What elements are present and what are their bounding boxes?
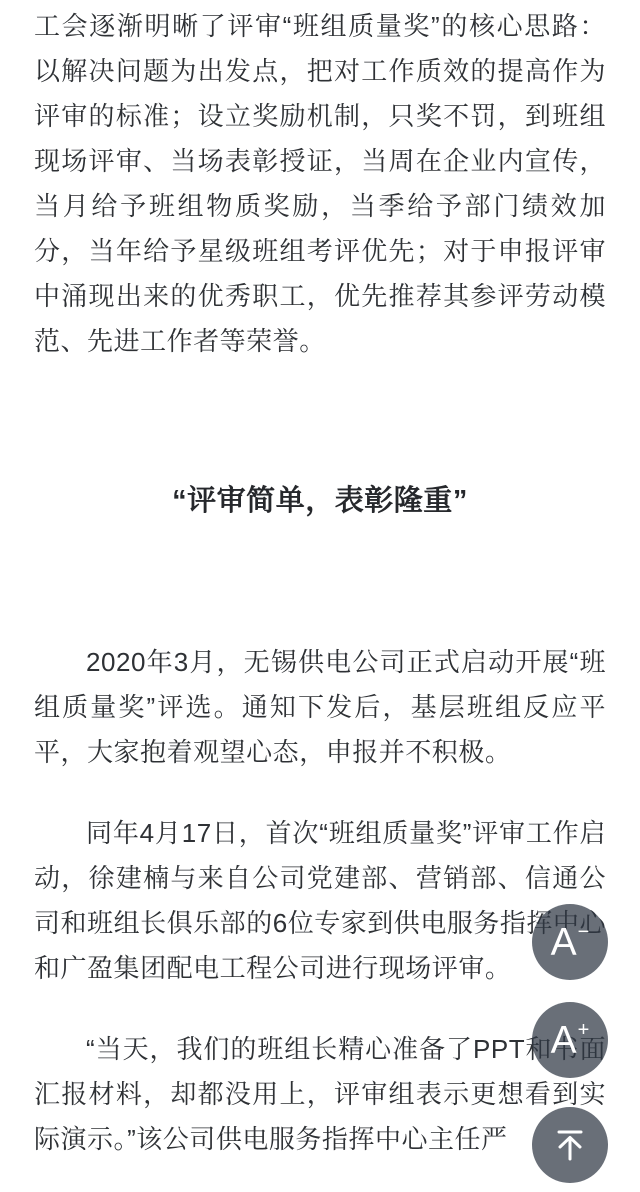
paragraph-core-ideas: 工会逐渐明晰了评审“班组质量奖”的核心思路：以解决问题为出发点，把对工作质效的提… (34, 4, 606, 364)
paragraph-launch-2020: 2020年3月，无锡供电公司正式启动开展“班组质量奖”评选。通知下发后，基层班组… (34, 640, 606, 775)
font-decrease-icon: A− (551, 923, 590, 962)
section-heading: “评审简单，表彰隆重” (34, 479, 606, 524)
paragraph-first-review: 同年4月17日，首次“班组质量奖”评审工作启动，徐建楠与来自公司党建部、营销部、… (34, 811, 606, 991)
article-body: 工会逐渐明晰了评审“班组质量奖”的核心思路：以解决问题为出发点，把对工作质效的提… (0, 0, 640, 1162)
article-reader-page: 工会逐渐明晰了评审“班组质量奖”的核心思路：以解决问题为出发点，把对工作质效的提… (0, 0, 640, 1162)
back-to-top-button[interactable] (532, 1107, 608, 1183)
font-increase-button[interactable]: A+ (532, 1002, 608, 1078)
paragraph-quote-demo: “当天，我们的班组长精心准备了PPT和书面汇报材料，却都没用上，评审组表示更想看… (34, 1027, 606, 1162)
font-increase-icon: A+ (551, 1021, 590, 1060)
font-decrease-button[interactable]: A− (532, 904, 608, 980)
arrow-up-to-top-icon (550, 1125, 590, 1165)
